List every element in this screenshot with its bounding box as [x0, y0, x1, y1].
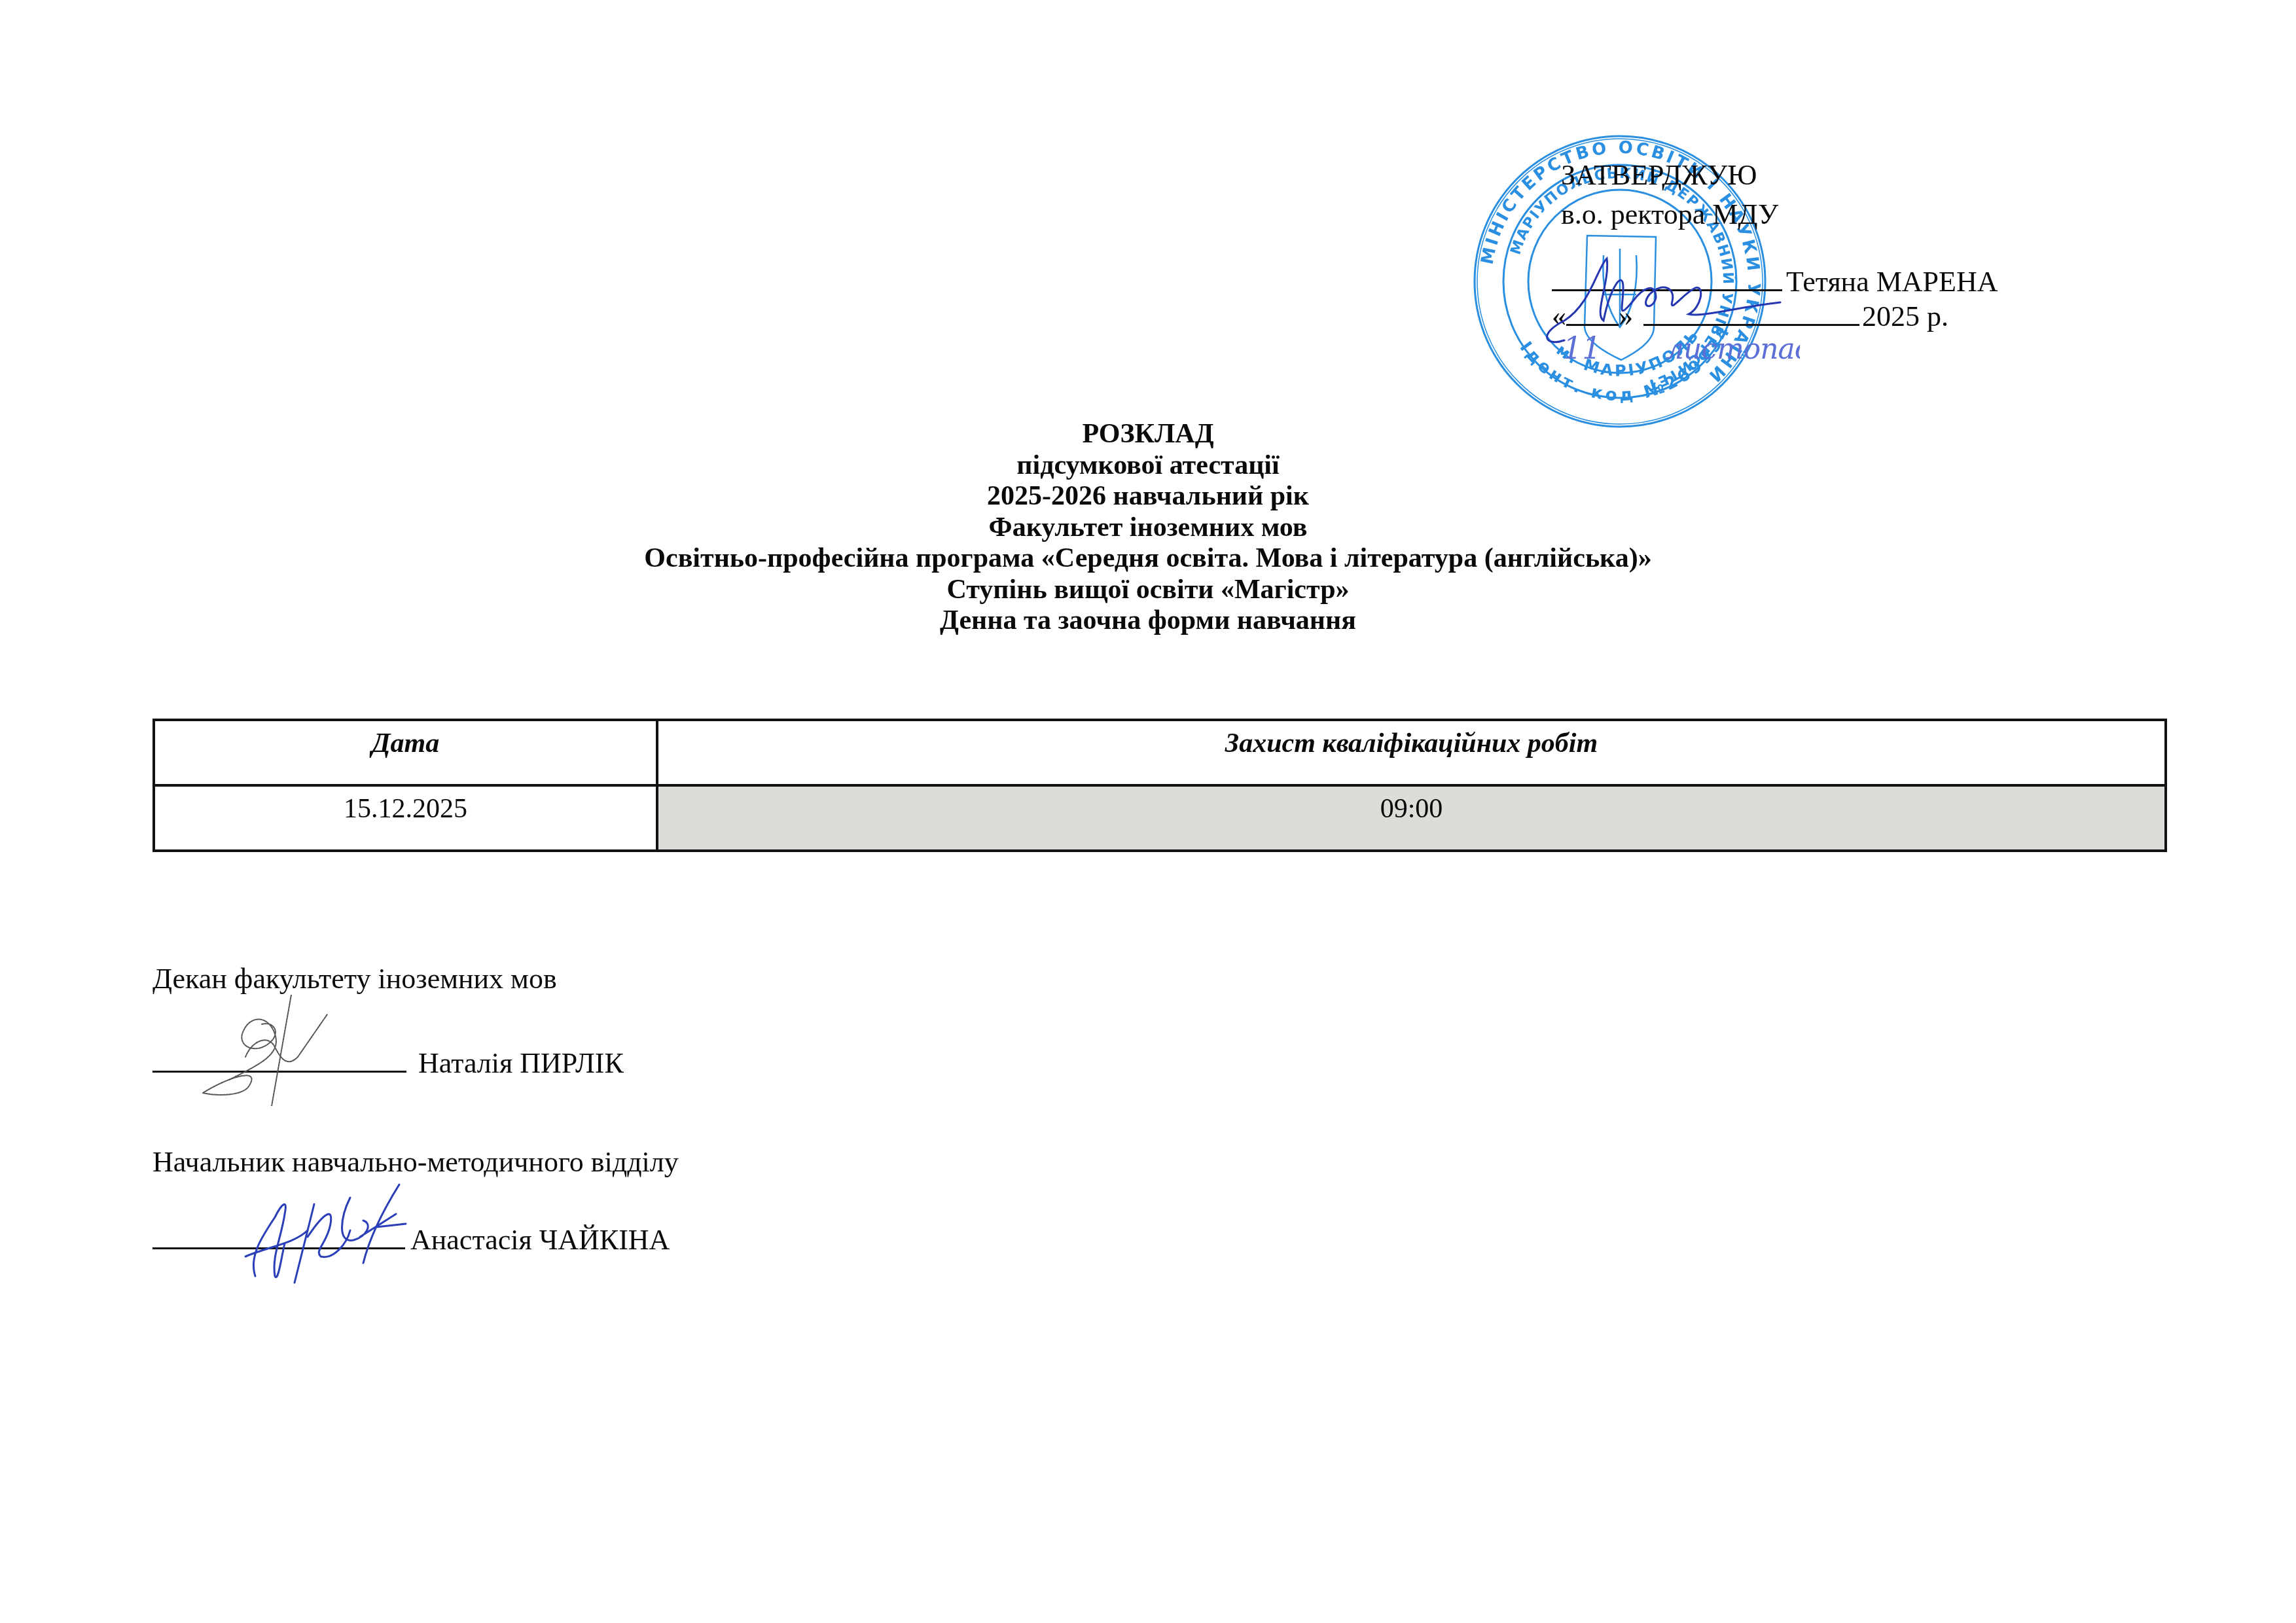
- svg-text:листопада: листопада: [1666, 332, 1800, 366]
- approval-position: в.о. ректора МДУ: [1561, 195, 1998, 234]
- header-defense: Захист кваліфікаційних робіт: [657, 720, 2166, 785]
- table-row: 15.12.2025 09:00: [154, 785, 2166, 851]
- title-line: Ступінь вищої освіти «Магістр»: [0, 575, 2296, 606]
- title-line: РОЗКЛАД: [0, 419, 2296, 450]
- dean-position: Декан факультету іноземних мов: [152, 962, 624, 996]
- head-signature: [236, 1178, 432, 1289]
- table-header-row: Дата Захист кваліфікаційних робіт: [154, 720, 2166, 785]
- title-line: 2025-2026 навчальний рік: [0, 481, 2296, 512]
- title-line: Денна та заочна форми навчання: [0, 605, 2296, 637]
- schedule-table: Дата Захист кваліфікаційних робіт 15.12.…: [152, 719, 2167, 852]
- head-name: Анастасія ЧАЙКІНА: [410, 1224, 670, 1256]
- approval-heading: ЗАТВЕРДЖУЮ: [1561, 156, 1998, 195]
- dean-signature: [190, 995, 340, 1106]
- approval-signatory: Тетяна МАРЕНА: [1786, 266, 1998, 298]
- svg-text:11: 11: [1563, 330, 1602, 366]
- head-position: Начальник навчально-методичного відділу: [152, 1145, 679, 1179]
- header-date: Дата: [154, 720, 657, 785]
- title-line: підсумкової атестації: [0, 450, 2296, 482]
- document-title: РОЗКЛАД підсумкової атестації 2025-2026 …: [0, 419, 2296, 637]
- title-line: Факультет іноземних мов: [0, 512, 2296, 544]
- cell-date: 15.12.2025: [154, 785, 657, 851]
- dean-name: Наталія ПИРЛІК: [418, 1047, 624, 1079]
- cell-defense-time: 09:00: [657, 785, 2166, 851]
- rector-signature: 11 листопада: [1525, 242, 1800, 366]
- approval-date-year: 2025 р.: [1862, 300, 1948, 332]
- title-line: Освітньо-професійна програма «Середня ос…: [0, 543, 2296, 575]
